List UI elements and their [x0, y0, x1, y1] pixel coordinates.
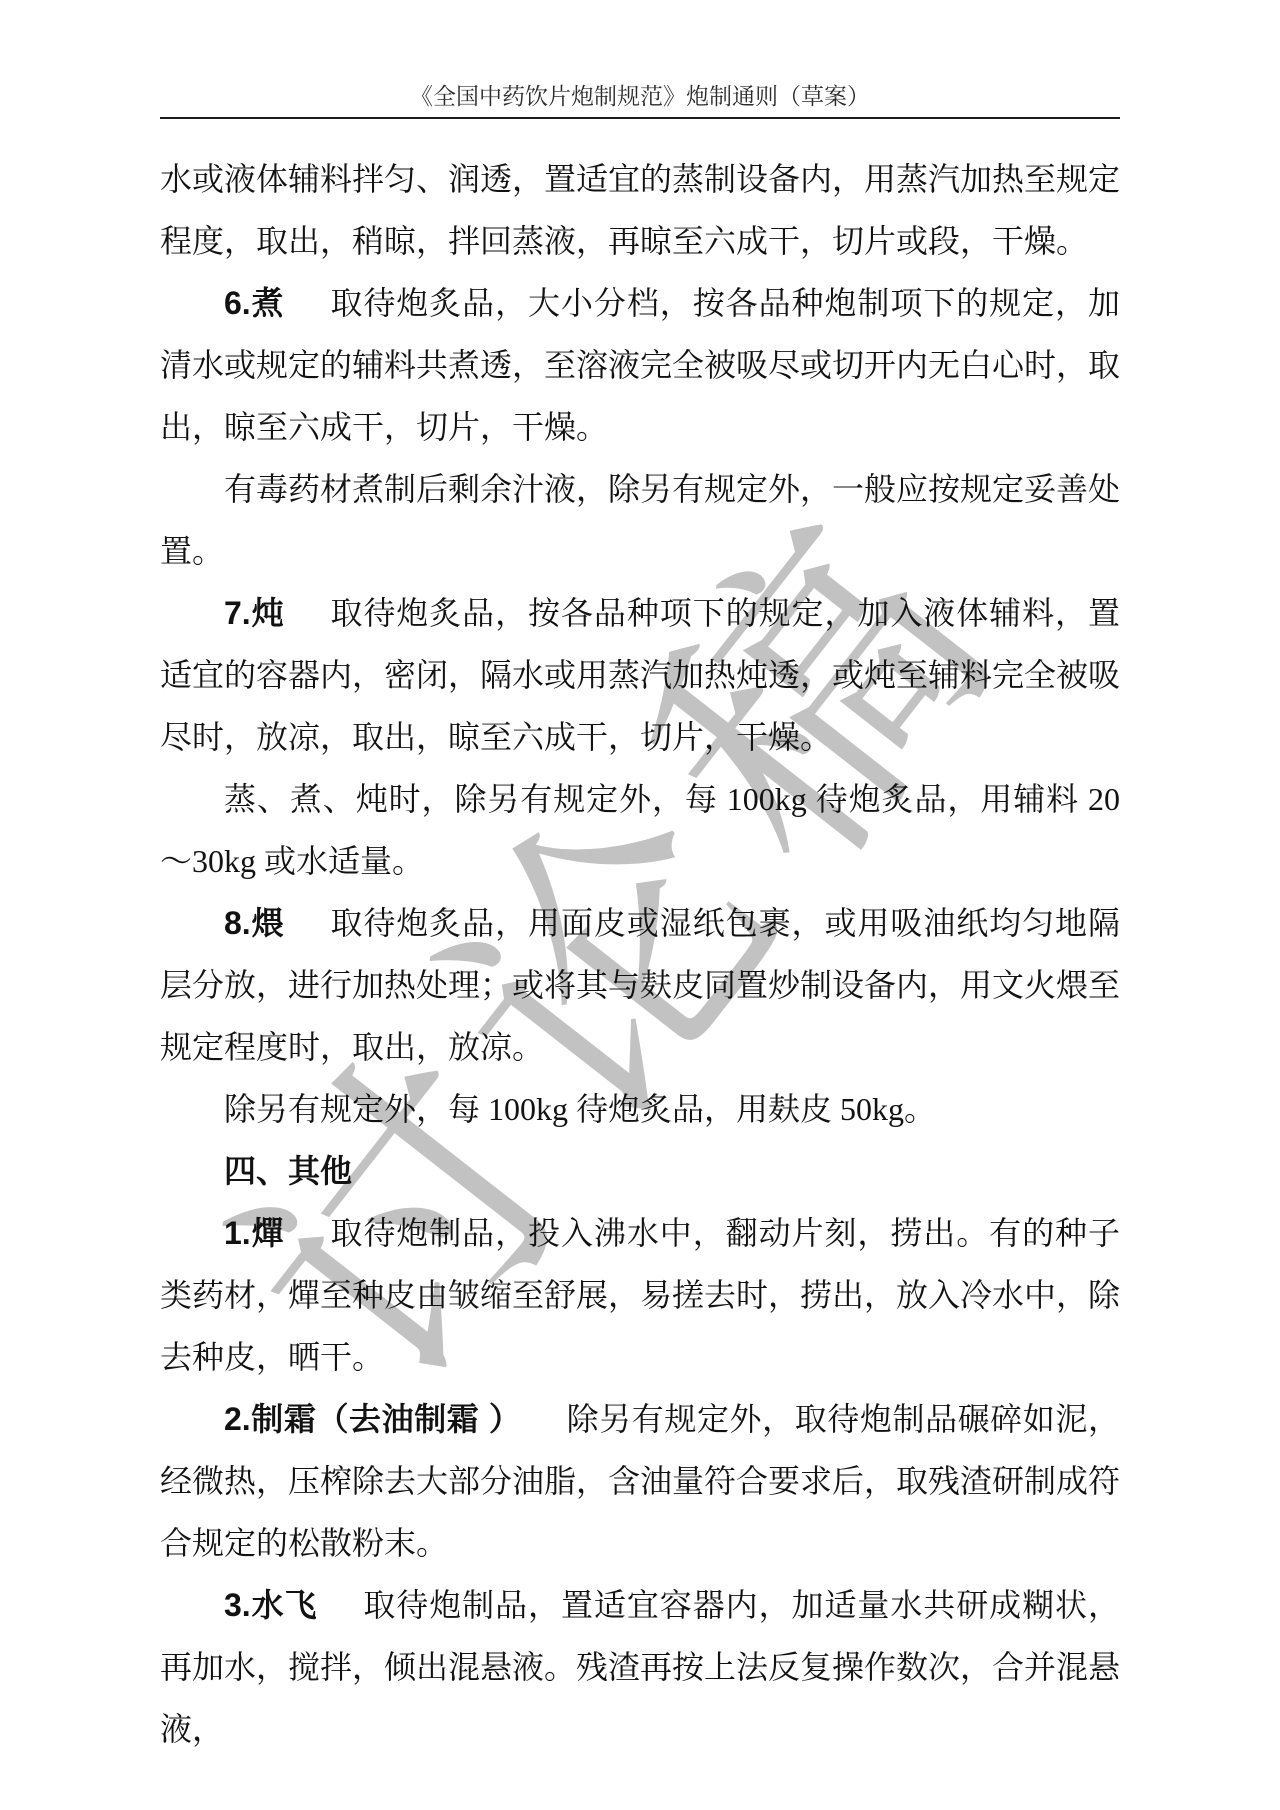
paragraph-label: 1.燀 — [224, 1215, 285, 1251]
paragraph: 蒸、煮、炖时，除另有规定外，每 100kg 待炮炙品，用辅料 20～30kg 或… — [160, 768, 1120, 892]
document-page: 讨论稿 《全国中药饮片炮制规范》炮制通则（草案） 水或液体辅料拌匀、润透，置适宜… — [0, 0, 1280, 1810]
paragraph-text: 有毒药材煮制后剩余汁液，除另有规定外，一般应按规定妥善处置。 — [160, 471, 1120, 569]
paragraph-label: 8.煨 — [224, 905, 285, 941]
paragraph: 1.燀 取待炮制品，投入沸水中，翻动片刻，捞出。有的种子类药材，燀至种皮由皱缩至… — [160, 1202, 1120, 1388]
page-header: 《全国中药饮片炮制规范》炮制通则（草案） — [160, 84, 1120, 119]
paragraph-text: 取待炮炙品，大小分档，按各品种炮制项下的规定，加清水或规定的辅料共煮透，至溶液完… — [160, 285, 1120, 445]
paragraph-label: 7.炖 — [224, 595, 285, 631]
paragraph: 8.煨 取待炮炙品，用面皮或湿纸包裹，或用吸油纸均匀地隔层分放，进行加热处理；或… — [160, 892, 1120, 1078]
paragraph-text: 取待炮炙品，用面皮或湿纸包裹，或用吸油纸均匀地隔层分放，进行加热处理；或将其与麸… — [160, 905, 1120, 1065]
paragraph: 7.炖 取待炮炙品，按各品种项下的规定，加入液体辅料，置适宜的容器内，密闭，隔水… — [160, 582, 1120, 768]
paragraph: 2.制霜（去油制霜 ） 除另有规定外，取待炮制品碾碎如泥，经微热，压榨除去大部分… — [160, 1388, 1120, 1574]
paragraph: 水或液体辅料拌匀、润透，置适宜的蒸制设备内，用蒸汽加热至规定程度，取出，稍晾，拌… — [160, 148, 1120, 272]
paragraph-label: 6.煮 — [224, 285, 285, 321]
document-body: 水或液体辅料拌匀、润透，置适宜的蒸制设备内，用蒸汽加热至规定程度，取出，稍晾，拌… — [160, 148, 1120, 1760]
paragraph: 除另有规定外，每 100kg 待炮炙品，用麸皮 50kg。 — [160, 1078, 1120, 1140]
paragraph-label: 四、其他 — [224, 1153, 352, 1189]
paragraph-text: 蒸、煮、炖时，除另有规定外，每 100kg 待炮炙品，用辅料 20～30kg 或… — [160, 781, 1120, 879]
paragraph: 3.水飞 取待炮制品，置适宜容器内，加适量水共研成糊状，再加水，搅拌，倾出混悬液… — [160, 1574, 1120, 1760]
paragraph-label: 3.水飞 — [224, 1587, 318, 1623]
paragraph-text: 水或液体辅料拌匀、润透，置适宜的蒸制设备内，用蒸汽加热至规定程度，取出，稍晾，拌… — [160, 161, 1120, 259]
paragraph: 有毒药材煮制后剩余汁液，除另有规定外，一般应按规定妥善处置。 — [160, 458, 1120, 582]
paragraph-text: 取待炮炙品，按各品种项下的规定，加入液体辅料，置适宜的容器内，密闭，隔水或用蒸汽… — [160, 595, 1120, 755]
paragraph-text: 除另有规定外，每 100kg 待炮炙品，用麸皮 50kg。 — [224, 1091, 936, 1127]
paragraph: 四、其他 — [160, 1140, 1120, 1202]
paragraph: 6.煮 取待炮炙品，大小分档，按各品种炮制项下的规定，加清水或规定的辅料共煮透，… — [160, 272, 1120, 458]
page-title: 《全国中药饮片炮制规范》炮制通则（草案） — [410, 84, 870, 109]
paragraph-text: 取待炮制品，投入沸水中，翻动片刻，捞出。有的种子类药材，燀至种皮由皱缩至舒展，易… — [160, 1215, 1120, 1375]
paragraph-label: 2.制霜（去油制霜 ） — [224, 1401, 521, 1437]
